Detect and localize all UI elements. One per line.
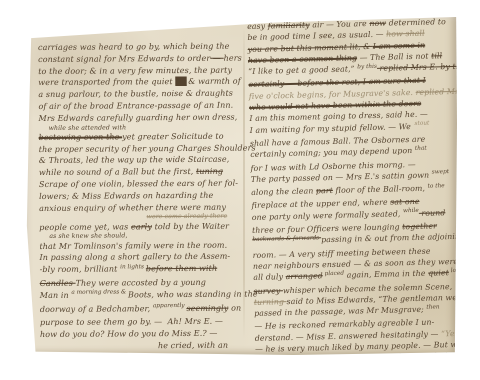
handwriting-segment: low bbox=[449, 268, 461, 274]
manuscript-line: people come yet, was early told by the W… bbox=[39, 220, 243, 233]
handwriting-segment: “Yes bbox=[441, 329, 459, 338]
handwriting-segment: Mrs Edwards carefully guarding her own d… bbox=[39, 112, 238, 122]
handwriting-segment: part bbox=[316, 186, 333, 195]
handwriting-segment: as she knew she should, bbox=[49, 233, 127, 241]
handwriting-segment: bestowing even the bbox=[39, 132, 123, 142]
handwriting-segment: passing in & out from the adjoining card… bbox=[321, 232, 480, 245]
handwriting-segment: backwards & forwards bbox=[252, 235, 321, 243]
handwriting-segment: of air of the broad Entrance-passage of … bbox=[38, 101, 233, 111]
handwriting-segment: hers bbox=[224, 53, 242, 62]
manuscript-line: constant signal for Mrs Edwards to order… bbox=[38, 52, 242, 65]
handwriting-segment: “I like to get a good seat,” bbox=[248, 65, 357, 77]
handwriting-segment: turning bbox=[254, 297, 287, 307]
handwriting-segment: I am come in bbox=[373, 40, 426, 50]
handwriting-segment: survey bbox=[253, 286, 283, 296]
handwriting-segment: purpose to see them go by. — Ah! Mrs E. … bbox=[40, 317, 223, 327]
handwriting-segment: tuning bbox=[196, 167, 223, 176]
handwriting-segment: that Mr Tomlinson's family were in the r… bbox=[39, 240, 227, 250]
handwriting-segment: seemingly bbox=[186, 303, 228, 312]
handwriting-segment: people come yet, was bbox=[39, 222, 131, 232]
handwriting-segment: The party passed on — Mrs E.'s sattin go… bbox=[251, 170, 432, 183]
handwriting-segment: to the door; & in a very few minutes, th… bbox=[38, 65, 232, 75]
handwriting-segment: — The Ball is not bbox=[357, 51, 431, 62]
handwriting-segment: In passing along a short gallery to the … bbox=[39, 252, 230, 262]
handwriting-segment: then bbox=[426, 304, 439, 310]
handwriting-segment: the proper security of her young Charges… bbox=[39, 143, 256, 154]
handwriting-segment: replied Mrs E. by the bbox=[377, 62, 466, 73]
manuscript-paper: carriages was heard to go by, which bein… bbox=[26, 15, 457, 355]
handwriting-segment: told by the Waiter bbox=[152, 221, 229, 231]
handwriting-segment: & Throats, led the way up the wide Stair… bbox=[39, 155, 230, 165]
handwriting-segment: Boots, who was standing in the bbox=[128, 289, 258, 299]
handwriting-segment: in lights bbox=[120, 264, 146, 270]
handwriting-segment: now bbox=[369, 19, 386, 28]
manuscript-line: Man in a morning dress & Boots, who was … bbox=[40, 288, 244, 303]
manuscript-line: Mrs Edwards carefully guarding her own d… bbox=[38, 111, 242, 124]
handwriting-segment: & warmth of bbox=[186, 77, 241, 86]
handwriting-segment: lowers; & Miss Edwards on hazarding the bbox=[39, 191, 213, 201]
handwriting-segment: familiarity bbox=[268, 20, 310, 30]
manuscript-page-right: easy familiarity air — You are now deter… bbox=[247, 16, 467, 367]
handwriting-segment: how shall bbox=[386, 29, 425, 39]
handwriting-segment: on bbox=[228, 303, 241, 312]
handwriting-segment: by this bbox=[357, 64, 377, 70]
handwriting-segment: placed bbox=[323, 270, 344, 277]
manuscript-line: -bly room, brilliant in lights before th… bbox=[40, 263, 244, 278]
handwriting-segment: he cried, with an bbox=[158, 341, 228, 350]
handwriting-segment: certainly coming; you may depend upon bbox=[250, 146, 415, 159]
handwriting-segment: replied Mrs E. & bbox=[416, 86, 480, 97]
handwriting-segment: were transported from the quiet bbox=[38, 77, 175, 87]
handwriting-segment: were come already there bbox=[147, 213, 228, 221]
handwriting-segment: yet greater Solicitude to bbox=[122, 131, 224, 141]
handwriting-segment: that bbox=[415, 145, 427, 151]
handwriting-segment: doorway of a Bedchamber, bbox=[40, 304, 153, 314]
handwriting-segment: while bbox=[403, 208, 419, 214]
handwriting-segment: They were accosted by a young bbox=[76, 278, 206, 288]
manuscript-page-left: carriages was heard to go by, which bein… bbox=[38, 41, 244, 353]
handwriting-segment: sat one bbox=[390, 197, 420, 207]
handwriting-segment: stout bbox=[411, 121, 430, 127]
handwriting-segment: along the clean bbox=[251, 187, 316, 198]
handwriting-segment: together bbox=[402, 221, 437, 231]
handwriting-segment: floor of the Ball-room, bbox=[333, 184, 428, 195]
handwriting-segment: Man in bbox=[40, 291, 72, 300]
handwriting-segment: constant signal for Mrs Edwards to order bbox=[38, 54, 210, 64]
handwriting-segment: while no sound of a Ball but the first, bbox=[39, 167, 196, 177]
manuscript-line: doorway of a Bedchamber, apparently seem… bbox=[40, 302, 244, 317]
handwriting-segment: carriages was heard to go by, which bein… bbox=[38, 42, 229, 52]
handwriting-segment: all duly bbox=[253, 272, 286, 282]
handwriting-segment: arranged bbox=[286, 271, 323, 281]
ink-blot: ██ bbox=[175, 77, 185, 86]
manuscript-line: bestowing even the yet greater Solicitud… bbox=[39, 130, 243, 143]
handwriting-segment: air — You are bbox=[310, 19, 370, 29]
handwriting-segment: quiet bbox=[428, 268, 449, 278]
handwriting-segment: again, Emma in the bbox=[344, 269, 428, 280]
manuscript-line: he cried, with an bbox=[40, 340, 244, 353]
handwriting-segment: determined to bbox=[386, 17, 446, 27]
handwriting-segment: before them with bbox=[146, 264, 217, 273]
handwriting-segment: to the bbox=[427, 183, 444, 189]
handwriting-segment: easy bbox=[247, 21, 268, 31]
handwriting-segment: round bbox=[419, 208, 446, 218]
manuscript-scan: carriages was heard to go by, which bein… bbox=[0, 0, 480, 380]
handwriting-segment: apparently bbox=[153, 303, 187, 309]
handwriting-segment: passed in the passage, was Mr Musgrave; bbox=[254, 305, 426, 318]
manuscript-line: lowers; & Miss Edwards on hazarding the bbox=[39, 189, 243, 202]
handwriting-segment: swept bbox=[432, 169, 450, 175]
handwriting-segment: anxious enquiry of whether there were ma… bbox=[39, 202, 226, 212]
handwriting-segment: one party only were formally seated, bbox=[252, 209, 403, 222]
handwriting-segment: Candles bbox=[40, 279, 76, 288]
handwriting-segment: I am waiting for my stupid fellow. — We bbox=[250, 122, 411, 135]
handwriting-segment: — bbox=[210, 54, 223, 63]
handwriting-segment: a snug parlour, to the bustle, noise & d… bbox=[38, 89, 233, 99]
handwriting-segment: -bly room, brilliant bbox=[40, 265, 121, 275]
handwriting-segment: while she attended with bbox=[49, 124, 127, 132]
handwriting-segment: Scrape of one violin, blessed the ears o… bbox=[39, 179, 238, 189]
handwriting-segment: early bbox=[131, 222, 152, 231]
handwriting-segment: till bbox=[431, 51, 442, 60]
handwriting-segment: a morning dress & bbox=[71, 290, 128, 296]
handwriting-segment: how do you do? How do you do Miss E.? — bbox=[40, 329, 217, 339]
